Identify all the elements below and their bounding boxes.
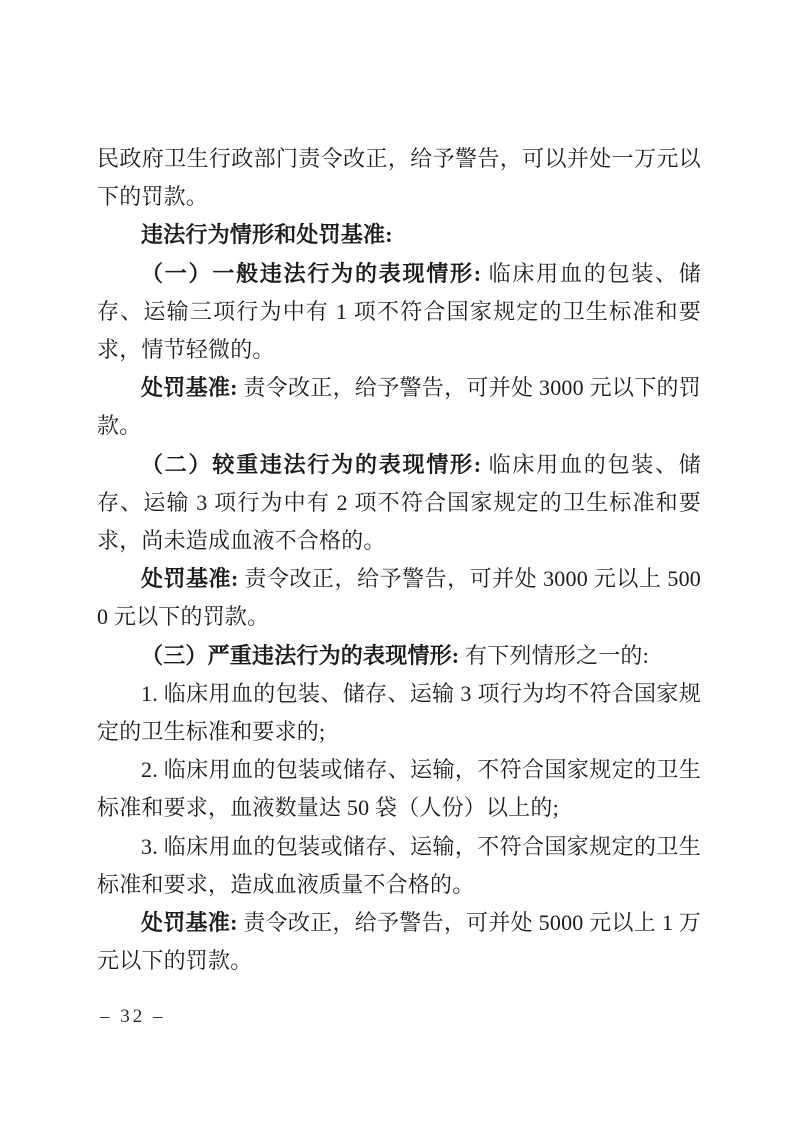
paragraph-subitem-2: 2. 临床用血的包装或储存、运输，不符合国家规定的卫生标准和要求，血液数量达 5… [97, 751, 701, 827]
section-heading: 违法行为情形和处罚基准: [97, 216, 701, 254]
paragraph-subitem-3: 3. 临床用血的包装或储存、运输，不符合国家规定的卫生标准和要求，造成血液质量不… [97, 828, 701, 904]
paragraph-subitem-1: 1. 临床用血的包装、储存、运输 3 项行为均不符合国家规定的卫生标准和要求的; [97, 675, 701, 751]
paragraph-lead: 处罚基准: [141, 566, 239, 591]
document-body: 民政府卫生行政部门责令改正，给予警告，可以并处一万元以下的罚款。 违法行为情形和… [97, 140, 701, 980]
paragraph-text: 2. 临床用血的包装或储存、运输，不符合国家规定的卫生标准和要求，血液数量达 5… [97, 757, 701, 820]
paragraph-item-2: （二）较重违法行为的表现情形: 临床用血的包装、储存、运输 3 项行为中有 2 … [97, 446, 701, 561]
paragraph-penalty-3: 处罚基准: 责令改正，给予警告，可并处 5000 元以上 1 万元以下的罚款。 [97, 904, 701, 980]
paragraph-text: 1. 临床用血的包装、储存、运输 3 项行为均不符合国家规定的卫生标准和要求的; [97, 681, 701, 744]
paragraph-lead: 违法行为情形和处罚基准: [141, 222, 393, 247]
paragraph-text: 民政府卫生行政部门责令改正，给予警告，可以并处一万元以下的罚款。 [97, 146, 701, 209]
page-number: – 32 – [100, 1004, 166, 1030]
paragraph-text: 有下列情形之一的: [459, 643, 649, 668]
paragraph-item-3: （三）严重违法行为的表现情形: 有下列情形之一的: [97, 637, 701, 675]
paragraph-penalty-2: 处罚基准: 责令改正，给予警告，可并处 3000 元以上 5000 元以下的罚款… [97, 560, 701, 636]
paragraph-lead: （一）一般违法行为的表现情形: [141, 261, 481, 286]
paragraph-lead: 处罚基准: [141, 910, 238, 935]
paragraph-lead: （三）严重违法行为的表现情形: [141, 643, 459, 668]
paragraph-lead: 处罚基准: [141, 375, 238, 400]
paragraph-text: 3. 临床用血的包装或储存、运输，不符合国家规定的卫生标准和要求，造成血液质量不… [97, 834, 701, 897]
paragraph-item-1: （一）一般违法行为的表现情形: 临床用血的包装、储存、运输三项行为中有 1 项不… [97, 255, 701, 370]
paragraph-lead: （二）较重违法行为的表现情形: [141, 452, 481, 477]
document-page: 民政府卫生行政部门责令改正，给予警告，可以并处一万元以下的罚款。 违法行为情形和… [0, 0, 793, 1122]
paragraph-continuation: 民政府卫生行政部门责令改正，给予警告，可以并处一万元以下的罚款。 [97, 140, 701, 216]
paragraph-penalty-1: 处罚基准: 责令改正，给予警告，可并处 3000 元以下的罚款。 [97, 369, 701, 445]
